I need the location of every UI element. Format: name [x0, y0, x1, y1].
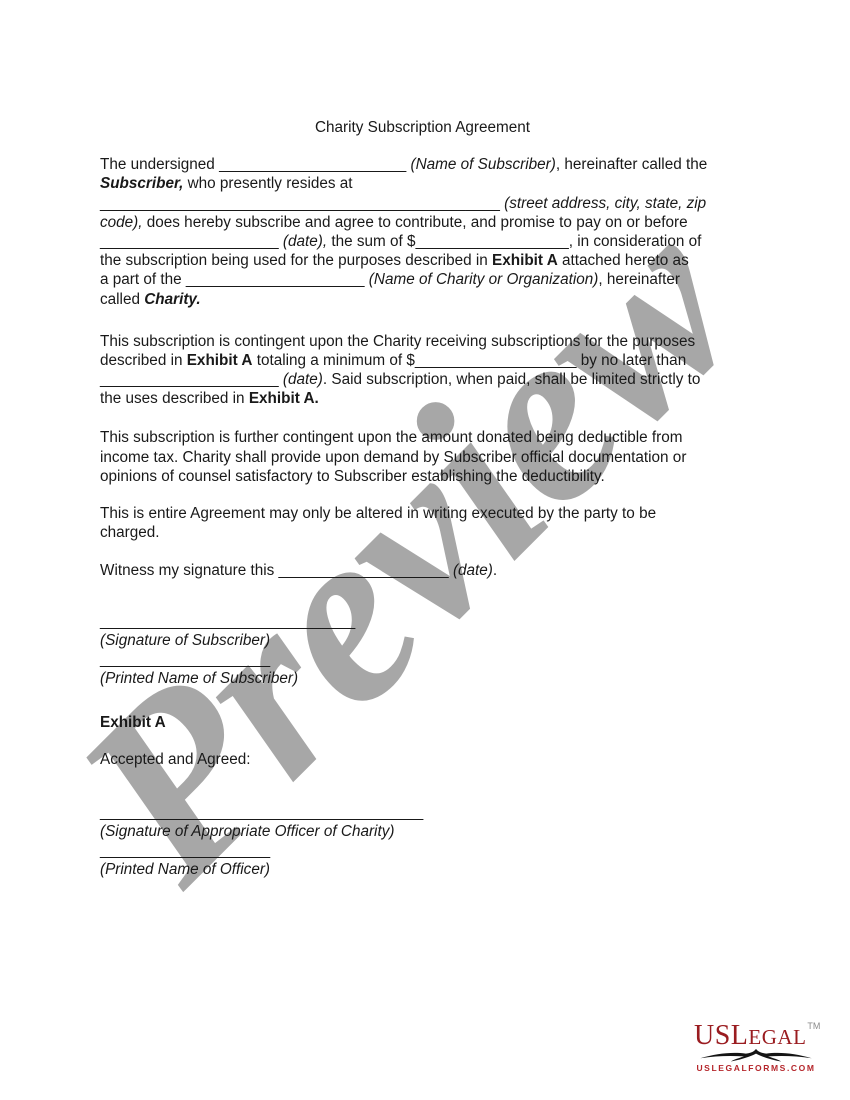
text-segment: Accepted and Agreed: [100, 751, 251, 768]
document-line: the uses described in Exhibit A. [100, 389, 745, 408]
paragraph-entire-agreement: This is entire Agreement may only be alt… [100, 504, 745, 542]
document-line: ______________________________ [100, 612, 745, 631]
document-line: described in Exhibit A totaling a minimu… [100, 351, 745, 370]
form-blank: ____________________ [279, 562, 449, 579]
text-segment: The undersigned [100, 156, 219, 173]
document-line: Subscriber, who presently resides at [100, 174, 745, 193]
document-line: This subscription is contingent upon the… [100, 332, 745, 351]
text-segment: described in [100, 352, 187, 369]
document-line: This is entire Agreement may only be alt… [100, 504, 745, 523]
paragraph-intro: The undersigned ______________________ (… [100, 155, 745, 309]
text-segment: (date) [453, 562, 493, 579]
text-segment: This subscription is further contingent … [100, 429, 683, 446]
document-line: ______________________________________ [100, 803, 745, 822]
logo-brand-text-large: USL [694, 1020, 748, 1051]
text-segment: Exhibit A [100, 714, 166, 731]
text-segment: (Name of Subscriber) [410, 156, 555, 173]
text-segment: the subscription being used for the purp… [100, 252, 492, 269]
document-line: the subscription being used for the purp… [100, 251, 745, 270]
text-segment: code), [100, 214, 143, 231]
text-segment: (date), [283, 233, 327, 250]
form-blank: ________________________________________… [100, 195, 500, 212]
text-segment: . [493, 562, 497, 579]
text-segment: a part of the [100, 271, 186, 288]
logo-brand: USLEGALTM [694, 1022, 818, 1050]
form-blank: _____________________ [100, 233, 279, 250]
document-line: a part of the _____________________ (Nam… [100, 270, 745, 289]
document-line: (Printed Name of Subscriber) [100, 669, 745, 688]
document-title: Charity Subscription Agreement [100, 118, 745, 137]
logo-website: USLEGALFORMS.COM [694, 1063, 818, 1073]
text-segment: Exhibit A. [249, 390, 319, 407]
paragraph-officer-signature-block: ______________________________________(S… [100, 803, 745, 880]
text-segment: (street address, city, state, zip [504, 195, 706, 212]
document-line: opinions of counsel satisfactory to Subs… [100, 467, 745, 486]
text-segment: , hereinafter called the [556, 156, 707, 173]
text-segment: opinions of counsel satisfactory to Subs… [100, 468, 605, 485]
paragraph-exhibit-heading: Exhibit A [100, 713, 745, 732]
document-line: Accepted and Agreed: [100, 750, 745, 769]
form-blank: __________________ [416, 233, 569, 250]
form-blank: ______________________________________ [100, 804, 423, 821]
text-segment: by no later than [577, 352, 687, 369]
text-segment: (Signature of Appropriate Officer of Cha… [100, 823, 394, 840]
paragraph-subscriber-signature-block: ______________________________(Signature… [100, 612, 745, 689]
form-blank: ______________________________ [100, 613, 355, 630]
paragraph-deductibility: This subscription is further contingent … [100, 428, 745, 486]
document-line: (Signature of Appropriate Officer of Cha… [100, 822, 745, 841]
document-line: called Charity. [100, 290, 745, 309]
text-segment: Subscriber, [100, 175, 183, 192]
form-blank: _____________________ [186, 271, 365, 288]
document-line: _____________________ (date), the sum of… [100, 232, 745, 251]
text-segment: does hereby subscribe and agree to contr… [143, 214, 688, 231]
text-segment: the sum of $ [327, 233, 415, 250]
text-segment: This subscription is contingent upon the… [100, 333, 695, 350]
document-page: Preview Charity Subscription Agreement T… [0, 0, 850, 1100]
document-line: charged. [100, 523, 745, 542]
text-segment: who presently resides at [183, 175, 352, 192]
document-line: (Signature of Subscriber) [100, 631, 745, 650]
text-segment: (date) [283, 371, 323, 388]
document-line: Witness my signature this ______________… [100, 561, 745, 580]
paragraph-contingency: This subscription is contingent upon the… [100, 332, 745, 409]
document-content: Charity Subscription Agreement The under… [0, 0, 850, 1100]
logo-brand-text-small: EGAL [748, 1025, 806, 1049]
paragraph-accepted: Accepted and Agreed: [100, 750, 745, 769]
text-segment: Witness my signature this [100, 562, 279, 579]
form-blank: ___________________ [415, 352, 577, 369]
text-segment: (Printed Name of Subscriber) [100, 670, 298, 687]
document-line: This subscription is further contingent … [100, 428, 745, 447]
paragraph-witness: Witness my signature this ______________… [100, 561, 745, 580]
form-blank: ______________________ [219, 156, 406, 173]
document-line: (Printed Name of Officer) [100, 860, 745, 879]
text-segment: Exhibit A [492, 252, 558, 269]
text-segment: (Name of Charity or Organization) [369, 271, 599, 288]
text-segment: income tax. Charity shall provide upon d… [100, 449, 686, 466]
text-segment: This is entire Agreement may only be alt… [100, 505, 656, 522]
text-segment: . Said subscription, when paid, shall be… [323, 371, 701, 388]
text-segment: attached hereto as [558, 252, 689, 269]
document-line: ____________________ [100, 841, 745, 860]
text-segment: Charity. [144, 291, 200, 308]
text-segment: Exhibit A [187, 352, 253, 369]
text-segment: , hereinafter [598, 271, 680, 288]
form-blank: _____________________ [100, 371, 279, 388]
text-segment: charged. [100, 524, 160, 541]
form-blank: ____________________ [100, 651, 270, 668]
document-line: The undersigned ______________________ (… [100, 155, 745, 174]
text-segment: (Signature of Subscriber) [100, 632, 270, 649]
document-body: The undersigned ______________________ (… [100, 155, 745, 879]
text-segment: totaling a minimum of $ [252, 352, 414, 369]
text-segment: (Printed Name of Officer) [100, 861, 270, 878]
document-line: ________________________________________… [100, 194, 745, 213]
document-line: ____________________ [100, 650, 745, 669]
text-segment: called [100, 291, 144, 308]
document-line: income tax. Charity shall provide upon d… [100, 448, 745, 467]
document-line: Exhibit A [100, 713, 745, 732]
text-segment: the uses described in [100, 390, 249, 407]
text-segment: , in consideration of [569, 233, 702, 250]
document-line: _____________________ (date). Said subsc… [100, 370, 745, 389]
uslegal-logo: USLEGALTM USLEGALFORMS.COM [694, 1022, 818, 1073]
trademark-symbol: TM [807, 1021, 820, 1031]
form-blank: ____________________ [100, 842, 270, 859]
document-line: code), does hereby subscribe and agree t… [100, 213, 745, 232]
